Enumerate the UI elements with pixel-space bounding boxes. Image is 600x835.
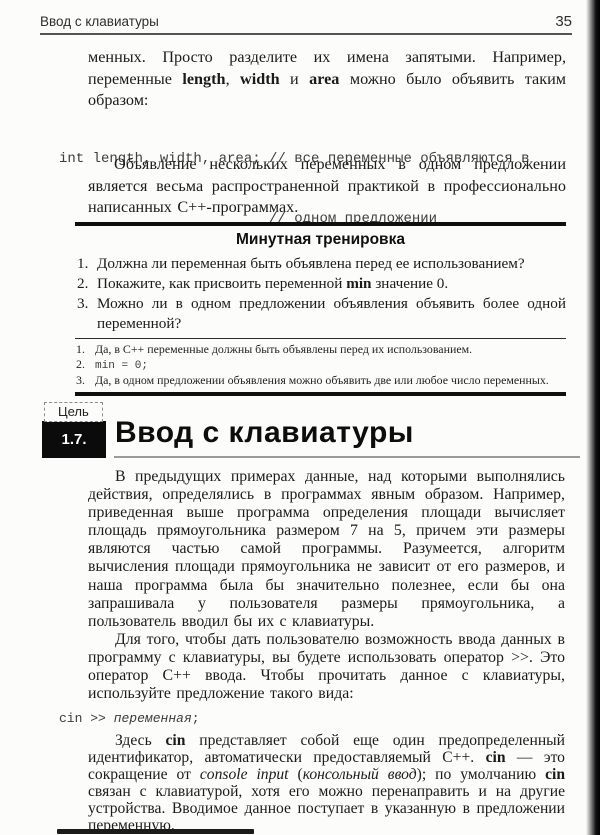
section-title-rule: [114, 456, 580, 458]
goal-label-box: Цель: [44, 402, 103, 422]
question-number: 3.: [77, 294, 88, 314]
page-number: 35: [555, 13, 572, 30]
intro-continuation-paragraph: менных. Просто разделите их имена запяты…: [88, 47, 566, 112]
scan-edge-right: [586, 0, 600, 835]
section-body: В предыдущих примерах данные, над которы…: [88, 468, 565, 703]
paragraph-declaration-practice: Объявление нескольких переменных в одном…: [88, 154, 566, 219]
code-syntax-line: cin >> переменная;: [59, 709, 200, 729]
question-item: 1. Должна ли переменная быть объявлена п…: [75, 254, 566, 274]
header-rule: [40, 33, 572, 35]
scan-artifact-bar: [57, 829, 254, 834]
answer-text: min = 0;: [95, 357, 148, 371]
answer-text: Да, в одном предложении объявления можно…: [95, 373, 549, 387]
answer-number: 3.: [76, 374, 85, 388]
answer-number: 2.: [76, 358, 85, 372]
question-item: 3. Можно ли в одном предложении объявлен…: [75, 294, 566, 334]
answer-item: 3. Да, в одном предложении объявления мо…: [75, 374, 566, 388]
running-header: Ввод с клавиатуры 35: [40, 13, 572, 30]
minute-drill-top-rule: [75, 222, 566, 226]
section-number-box: 1.7.: [42, 421, 106, 458]
question-number: 2.: [77, 274, 88, 294]
question-item: 2. Покажите, как присвоить переменной mi…: [75, 274, 566, 294]
answer-text: Да, в C++ переменные должны быть объявле…: [95, 342, 472, 356]
question-list: 1. Должна ли переменная быть объявлена п…: [75, 254, 566, 334]
minute-drill-bottom-rule: [75, 392, 566, 396]
answer-list: 1. Да, в C++ переменные должны быть объя…: [75, 343, 566, 388]
chapter-title: Ввод с клавиатуры: [40, 14, 159, 29]
minute-drill-box: Минутная тренировка 1. Должна ли перемен…: [75, 222, 566, 396]
minute-drill-title: Минутная тренировка: [75, 231, 566, 249]
paragraph-cin-description: Здесь cin представляет собой еще один пр…: [88, 733, 565, 834]
answer-item: 1. Да, в C++ переменные должны быть объя…: [75, 343, 566, 357]
paragraph-examples-intro: В предыдущих примерах данные, над которы…: [88, 468, 565, 631]
question-text: Покажите, как присвоить переменной min з…: [97, 275, 448, 292]
book-page: Ввод с клавиатуры 35 менных. Просто разд…: [0, 0, 600, 835]
paragraph-input-operator: Для того, чтобы дать пользователю возмож…: [88, 631, 565, 703]
answer-item: 2. min = 0;: [75, 358, 566, 374]
section-title: Ввод с клавиатуры: [115, 416, 414, 450]
question-text: Должна ли переменная быть объявлена пере…: [97, 255, 525, 272]
answer-number: 1.: [76, 343, 85, 357]
question-number: 1.: [77, 254, 88, 274]
question-text: Можно ли в одном предложении объявления …: [97, 295, 566, 332]
answer-divider-rule: [75, 338, 566, 339]
